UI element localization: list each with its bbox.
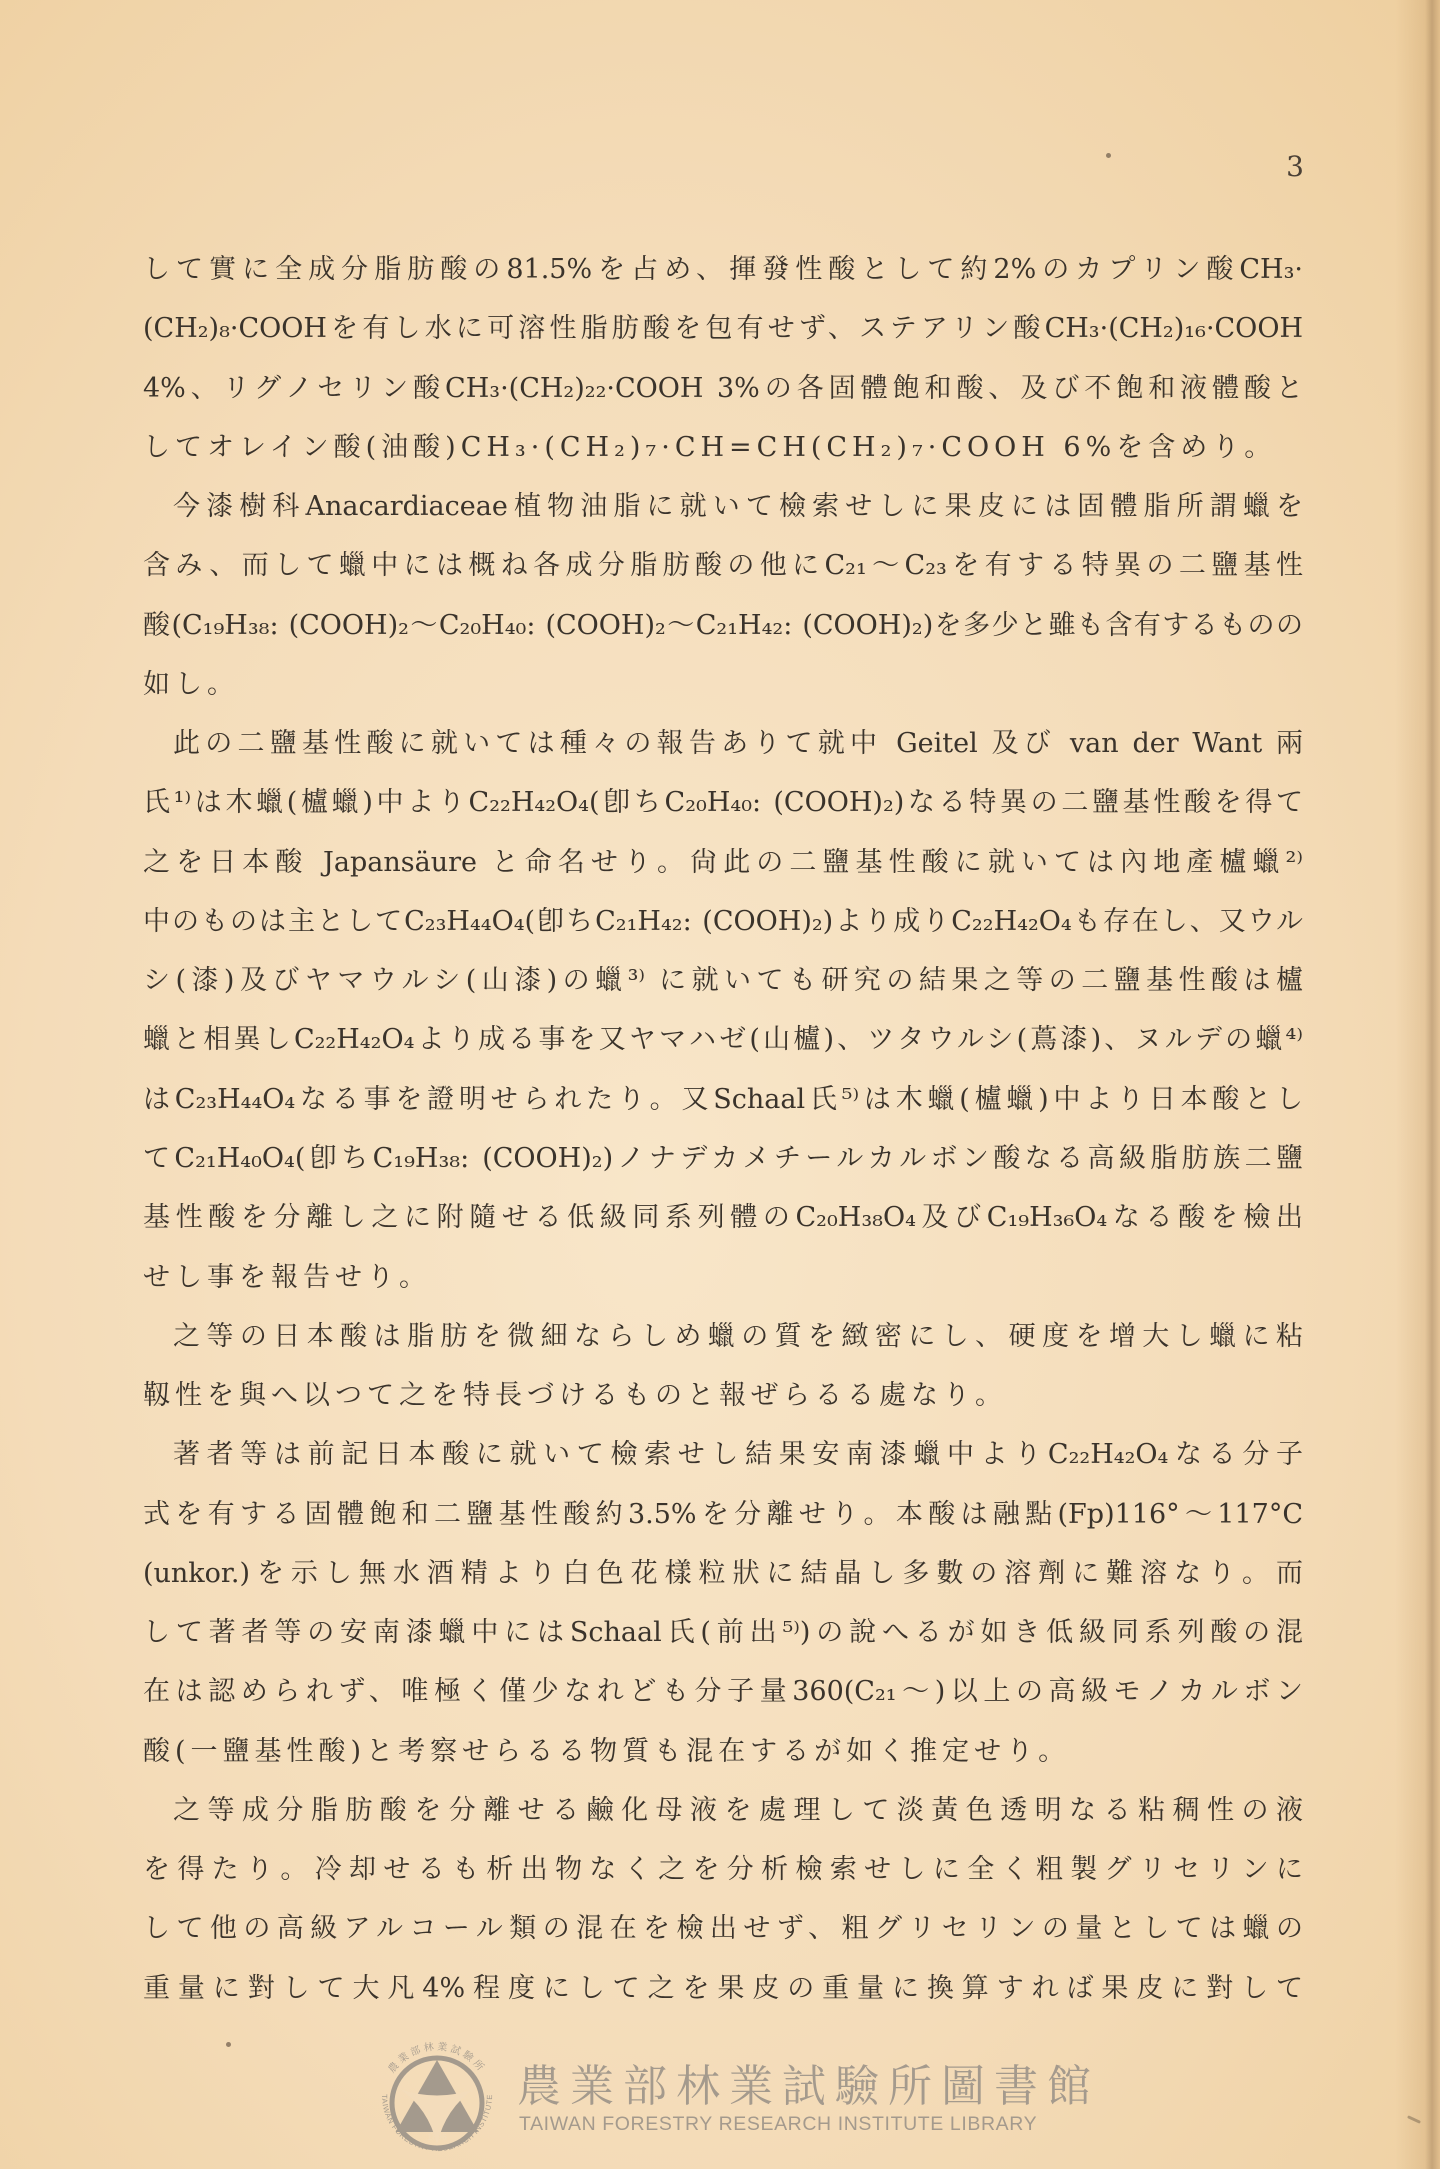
text-line: して著者等の安南漆蠟中にはSchaal氏(前出⁵⁾)の說へるが如き低級同系列酸の… bbox=[143, 1603, 1303, 1662]
text-line: 酸(一鹽基性酸)と考察せらるる物質も混在するが如く推定せり。 bbox=[143, 1722, 1303, 1781]
paragraph: 之等の日本酸は脂肪を微細ならしめ蠟の質を緻密にし、硬度を增大し蠟に粘 靱性を與へ… bbox=[143, 1307, 1303, 1426]
text-line: 此の二鹽基性酸に就いては種々の報告ありて就中 Geitel 及び van der… bbox=[143, 714, 1303, 773]
text-line: 酸(C₁₉H₃₈: (COOH)₂〜C₂₀H₄₀: (COOH)₂〜C₂₁H₄₂… bbox=[143, 596, 1303, 655]
body-text: して實に全成分脂肪酸の81.5%を占め、揮發性酸として約2%のカプリン酸CH₃·… bbox=[143, 240, 1303, 2018]
text-line: (CH₂)₈·COOHを有し水に可溶性脂肪酸を包有せず、ステアリン酸CH₃·(C… bbox=[143, 299, 1303, 358]
paragraph: して實に全成分脂肪酸の81.5%を占め、揮發性酸として約2%のカプリン酸CH₃·… bbox=[143, 240, 1303, 477]
library-watermark: 農業部林業試驗所 TAIWAN FORESTRY RESEARCH INSTIT… bbox=[0, 2030, 1440, 2169]
text-line: 之等の日本酸は脂肪を微細ならしめ蠟の質を緻密にし、硬度を增大し蠟に粘 bbox=[143, 1307, 1303, 1366]
text-line: てC₂₁H₄₀O₄(卽ちC₁₉H₃₈: (COOH)₂)ノナデカメチールカルボン… bbox=[143, 1129, 1303, 1188]
text-line: 之等成分脂肪酸を分離せる鹼化母液を處理して淡黃色透明なる粘稠性の液 bbox=[143, 1781, 1303, 1840]
text-line: 含み、而して蠟中には概ね各成分脂肪酸の他にC₂₁〜C₂₃を有する特異の二鹽基性 bbox=[143, 536, 1303, 595]
text-line: シ(漆)及びヤマウルシ(山漆)の蠟³⁾ に就いても研究の結果之等の二鹽基性酸は櫨 bbox=[143, 951, 1303, 1010]
text-line: して他の高級アルコール類の混在を檢出せず、粗グリセリンの量としては蠟の bbox=[143, 1899, 1303, 1958]
text-line: 在は認められず、唯極く僅少なれども分子量360(C₂₁〜)以上の高級モノカルボン bbox=[143, 1662, 1303, 1721]
paragraph: 此の二鹽基性酸に就いては種々の報告ありて就中 Geitel 及び van der… bbox=[143, 714, 1303, 1307]
text-line: はC₂₃H₄₄O₄なる事を證明せられたり。又Schaal氏⁵⁾は木蠟(櫨蠟)中よ… bbox=[143, 1070, 1303, 1129]
triangle-emblem-icon: 農業部林業試驗所 TAIWAN FORESTRY RESEARCH INSTIT… bbox=[370, 2036, 504, 2169]
text-line: (unkor.)を示し無水酒精より白色花樣粒狀に結晶し多數の溶劑に難溶なり。而 bbox=[143, 1544, 1303, 1603]
text-line: 蠟と相異しC₂₂H₄₂O₄より成る事を又ヤマハゼ(山櫨)、ツタウルシ(蔦漆)、ヌ… bbox=[143, 1010, 1303, 1069]
paragraph: 今漆樹科Anacardiaceae植物油脂に就いて檢索せしに果皮には固體脂所謂蠟… bbox=[143, 477, 1303, 714]
text-line: 式を有する固體飽和二鹽基性酸約3.5%を分離せり。本酸は融點(Fp)116°〜1… bbox=[143, 1485, 1303, 1544]
text-line: 如し。 bbox=[143, 655, 1303, 714]
page-number: 3 bbox=[1280, 150, 1310, 183]
text-line: せし事を報告せり。 bbox=[143, 1248, 1303, 1307]
text-line: して實に全成分脂肪酸の81.5%を占め、揮發性酸として約2%のカプリン酸CH₃· bbox=[143, 240, 1303, 299]
text-line: を得たり。冷却せるも析出物なく之を分析檢索せしに全く粗製グリセリンに bbox=[143, 1840, 1303, 1899]
text-line: 今漆樹科Anacardiaceae植物油脂に就いて檢索せしに果皮には固體脂所謂蠟… bbox=[143, 477, 1303, 536]
paragraph: 之等成分脂肪酸を分離せる鹼化母液を處理して淡黃色透明なる粘稠性の液 を得たり。冷… bbox=[143, 1781, 1303, 2018]
library-name-en: TAIWAN FORESTRY RESEARCH INSTITUTE LIBRA… bbox=[519, 2113, 1037, 2136]
text-line: 基性酸を分離し之に附隨せる低級同系列體のC₂₀H₃₈O₄及びC₁₉H₃₆O₄なる… bbox=[143, 1188, 1303, 1247]
paragraph: 著者等は前記日本酸に就いて檢索せし結果安南漆蠟中よりC₂₂H₄₂O₄なる分子 式… bbox=[143, 1425, 1303, 1781]
text-line: してオレイン酸(油酸)CH₃·(CH₂)₇·CH=CH(CH₂)₇·COOH 6… bbox=[143, 418, 1303, 477]
text-line: 氏¹⁾は木蠟(櫨蠟)中よりC₂₂H₄₂O₄(卽ちC₂₀H₄₀: (COOH)₂)… bbox=[143, 773, 1303, 832]
text-line: 靱性を與へ以つて之を特長づけるものと報ぜらるる處なり。 bbox=[143, 1366, 1303, 1425]
text-line: 重量に對して大凡4%程度にして之を果皮の重量に換算すれば果皮に對して bbox=[143, 1959, 1303, 2018]
text-line: 著者等は前記日本酸に就いて檢索せし結果安南漆蠟中よりC₂₂H₄₂O₄なる分子 bbox=[143, 1425, 1303, 1484]
emblem-year: 1896 bbox=[427, 2132, 447, 2142]
library-name-zh: 農業部林業試驗所圖書館 bbox=[517, 2050, 1100, 2114]
paper-speck bbox=[1106, 153, 1111, 158]
text-line: 中のものは主としてC₂₃H₄₄O₄(卽ちC₂₁H₄₂: (COOH)₂)より成り… bbox=[143, 892, 1303, 951]
text-line: 4%、リグノセリン酸CH₃·(CH₂)₂₂·COOH 3%の各固體飽和酸、及び不… bbox=[143, 359, 1303, 418]
text-line: 之を日本酸 Japansäure と命名せり。尙此の二鹽基性酸に就いては內地產櫨… bbox=[143, 833, 1303, 892]
